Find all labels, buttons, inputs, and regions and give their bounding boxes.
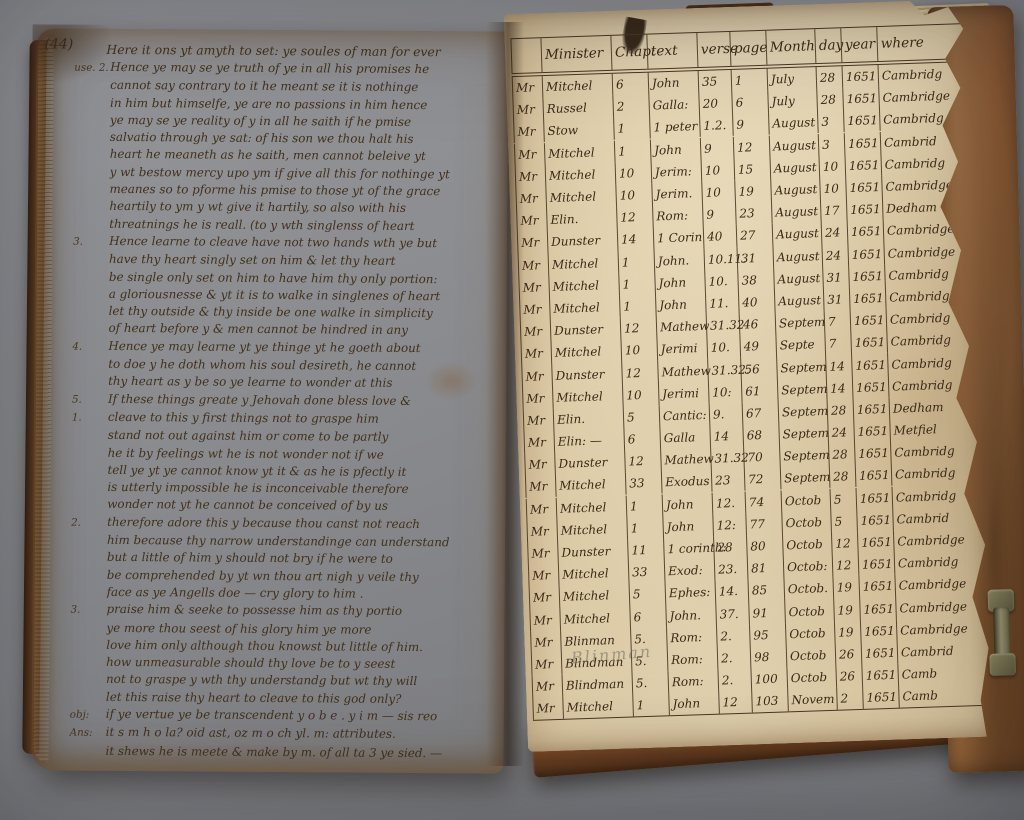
margin-note <box>70 636 106 654</box>
margin-note <box>71 496 107 514</box>
sermon-line-text: it shews he is meete & make by m. of all… <box>105 742 493 762</box>
cell: 81 <box>747 557 784 580</box>
cell: Rom: <box>666 625 717 649</box>
cell: Mitchel <box>545 163 616 187</box>
cell: 10 <box>620 339 657 362</box>
cell: 19 <box>734 180 771 203</box>
cell: John <box>654 271 705 295</box>
cell: 1651 <box>861 664 898 687</box>
cell: 1651 <box>850 309 887 332</box>
cell: 31.32 <box>706 314 740 337</box>
cell: Jerim: <box>651 160 702 184</box>
cell: Octob: <box>783 555 833 579</box>
sermon-text: Here it ons yt amyth to set: ye soules o… <box>69 41 498 768</box>
cell: Elin. <box>553 406 624 430</box>
cell: Ephes: <box>665 581 716 605</box>
cell: John <box>648 71 699 95</box>
cell: Russel <box>542 96 613 120</box>
margin-note <box>73 198 109 216</box>
cell: 1651 <box>842 65 879 88</box>
margin-note <box>74 94 110 112</box>
cell: 10 <box>622 383 659 406</box>
cell: Rom: <box>667 648 718 672</box>
cell: 31.32. <box>707 358 741 381</box>
cell: July <box>767 89 817 113</box>
cell: 24 <box>821 244 848 267</box>
cell: August <box>773 267 823 291</box>
cell: 10 <box>615 184 652 207</box>
cell: 28 <box>827 399 854 422</box>
cell: 5 <box>830 488 857 511</box>
cell: August <box>774 289 824 313</box>
cell: 23 <box>711 469 745 492</box>
cell: 12 <box>718 691 752 714</box>
cell: Septem <box>780 466 830 490</box>
cell: 1 <box>731 69 768 92</box>
cell: Jerim. <box>651 182 702 206</box>
cell: 11 <box>627 538 664 561</box>
cell: Elin: — <box>553 429 624 453</box>
margin-note: 3. <box>73 233 109 252</box>
cell: John. <box>665 603 716 627</box>
margin-note <box>71 479 107 497</box>
column-header: Chap: <box>610 35 647 70</box>
cell: 26 <box>835 643 862 666</box>
cell: 1 <box>613 117 650 140</box>
margin-note <box>73 285 109 303</box>
margin-note <box>73 251 109 269</box>
cell: Mathew <box>656 315 707 339</box>
cell: Mitchel <box>555 473 626 497</box>
margin-note <box>74 146 110 164</box>
cell: 40 <box>703 225 737 248</box>
cell: 100 <box>750 667 787 690</box>
cell: Cambridg <box>894 550 991 575</box>
cell: 14 <box>617 228 654 251</box>
cell: 1651 <box>856 509 893 532</box>
cell: 28 <box>816 88 843 111</box>
cell: Mitchel <box>545 185 616 209</box>
cell: Elin. <box>546 207 617 231</box>
cell: 1651 <box>846 198 883 221</box>
cell: 1 corinth: <box>663 537 714 561</box>
cell: 95 <box>749 623 786 646</box>
cell: Mr <box>522 387 553 410</box>
margin-note <box>72 356 108 374</box>
cell: Mr <box>529 608 560 631</box>
margin-note <box>71 532 107 550</box>
cell: 1651 <box>861 642 898 665</box>
cell: 80 <box>746 534 783 557</box>
cell: 5. <box>632 671 669 694</box>
cell: Septem <box>778 422 828 446</box>
cell: 1 <box>618 250 655 273</box>
cell: Octob <box>784 599 834 623</box>
cell: Septem <box>779 444 829 468</box>
cell: 20 <box>698 92 732 115</box>
cell: 49 <box>739 335 776 358</box>
cell: 1651 <box>857 531 894 554</box>
sermon-lines: use. 2.Hence ye may se ye truth of ye in… <box>69 59 498 763</box>
cell: 33 <box>628 561 665 584</box>
cell: Exod: <box>664 559 715 583</box>
cell: Cantic: <box>659 404 710 428</box>
cell: 38 <box>737 268 774 291</box>
cell: August <box>771 200 821 224</box>
stacked-page-edges <box>33 36 53 762</box>
cell: 1 <box>626 516 663 539</box>
cell: Mr <box>531 653 562 676</box>
cell: 1651 <box>853 420 890 443</box>
cell: 10 <box>615 161 652 184</box>
cell: 1651 <box>858 553 895 576</box>
cell: Mitchel <box>548 273 619 297</box>
cell: Exodus <box>661 470 712 494</box>
cell: 1651 <box>851 353 888 376</box>
column-header: year <box>840 27 877 62</box>
cell: August <box>772 222 822 246</box>
column-header: Minister <box>540 36 611 72</box>
cell: 12 <box>832 554 859 577</box>
margin-note <box>72 427 108 445</box>
cell: 6 <box>623 428 660 451</box>
cell: Octob <box>785 621 835 645</box>
cell: 74 <box>745 490 782 513</box>
margin-note <box>72 444 108 462</box>
cell: Mr <box>521 342 552 365</box>
cell: 12 <box>620 317 657 340</box>
cell: 3 <box>817 111 844 134</box>
cell: 1 <box>619 294 656 317</box>
cell: Mr <box>526 520 557 543</box>
cell: 10. <box>706 336 740 359</box>
cell: John <box>655 293 706 317</box>
cell: 24 <box>827 421 854 444</box>
cell: 1651 <box>855 464 892 487</box>
margin-note: Ans: <box>70 724 106 743</box>
cell: 2. <box>716 624 750 647</box>
cell: 10. <box>704 269 738 292</box>
cell: 1651 <box>844 132 881 155</box>
cell: 40 <box>738 291 775 314</box>
cell: 7 <box>824 310 851 333</box>
cell: 15 <box>734 157 771 180</box>
cell: Mitchel <box>544 140 615 164</box>
photograph-of-open-manuscript-book: (44) Here it ons yt amyth to set: ye sou… <box>0 0 1024 820</box>
clasp-icon <box>986 589 1018 678</box>
cell: 7 <box>824 332 851 355</box>
margin-note: obj: <box>70 706 106 725</box>
cell: Rom: <box>667 670 718 694</box>
cell: 12 <box>831 532 858 555</box>
right-page: MinisterChap:textversepageMonthdayyearwh… <box>504 0 1006 752</box>
cell: John <box>650 138 701 162</box>
margin-note <box>74 129 110 147</box>
cell: 31.32 <box>710 447 744 470</box>
cell: 11. <box>705 292 739 315</box>
cell: Septem <box>776 355 826 379</box>
margin-note <box>73 268 109 286</box>
cell: Dunster <box>547 229 618 253</box>
cell: 1 <box>618 272 655 295</box>
cell: Rom: <box>652 204 703 228</box>
cell: Mitchel <box>556 495 627 519</box>
cell: 24 <box>821 221 848 244</box>
cell: 1651 <box>849 287 886 310</box>
margin-note <box>74 163 110 181</box>
cell: 1651 <box>842 87 879 110</box>
cell: Octob <box>781 488 831 512</box>
cell: 33 <box>625 472 662 495</box>
cell: Mathew <box>660 448 711 472</box>
cell: 9 <box>732 113 769 136</box>
cell: 1651 <box>848 265 885 288</box>
cell: Cambridge <box>896 616 993 641</box>
cell: 28 <box>828 443 855 466</box>
cell: Mr <box>520 320 551 343</box>
record-table: MinisterChap:textversepageMonthdayyearwh… <box>510 23 994 721</box>
cell: 12 <box>616 206 653 229</box>
cell: August <box>772 245 822 269</box>
cell: 1651 <box>858 575 895 598</box>
cell: John <box>662 492 713 516</box>
cell: 56 <box>740 357 777 380</box>
cell: 6 <box>731 91 768 114</box>
cell: 46 <box>739 313 776 336</box>
cell: 12: <box>712 513 746 536</box>
cell: Galla <box>659 426 710 450</box>
cell: 1651 <box>843 109 880 132</box>
page-number: (44) <box>44 36 73 52</box>
margin-note <box>71 566 107 584</box>
cell: Octob <box>786 644 836 668</box>
cell: Dunster <box>550 318 621 342</box>
cell: 1651 <box>862 686 899 709</box>
cell: 85 <box>747 579 784 602</box>
cell: 68 <box>742 424 779 447</box>
cell: 1651 <box>853 398 890 421</box>
cell: Novem <box>787 688 837 712</box>
cell: 91 <box>748 601 785 624</box>
margin-note <box>71 461 107 479</box>
cell: 72 <box>744 468 781 491</box>
cell: 31 <box>823 288 850 311</box>
cell: 12 <box>624 450 661 473</box>
cell: Mr <box>530 631 561 654</box>
cell: Mr <box>523 409 554 432</box>
cell: 1 <box>626 494 663 517</box>
cell: 19 <box>833 598 860 621</box>
cell: 9 <box>700 136 734 159</box>
cell: Mr <box>532 675 563 698</box>
margin-note <box>70 688 106 706</box>
cell: Septem <box>777 378 827 402</box>
cell: 67 <box>742 401 779 424</box>
cell: Mathew <box>657 359 708 383</box>
column-header: text <box>646 33 697 69</box>
cell: 17 <box>820 199 847 222</box>
cell: Mitchel <box>551 340 622 364</box>
cell: 12 <box>733 135 770 158</box>
cell: Mr <box>523 431 554 454</box>
cell: Mitchel <box>559 606 630 630</box>
cell: Mr <box>527 542 558 565</box>
cell: Mitchel <box>552 384 623 408</box>
cell: Mitchel <box>556 517 627 541</box>
cell: 6 <box>612 73 649 96</box>
cell: 1 <box>614 139 651 162</box>
cell: 9 <box>702 203 736 226</box>
cell: Septem <box>775 311 825 335</box>
cell: 12 <box>621 361 658 384</box>
cell: 23. <box>714 558 748 581</box>
cell: Jerimi <box>658 382 709 406</box>
margin-note <box>70 619 106 637</box>
cell: August <box>769 134 819 158</box>
cell: 26 <box>835 665 862 688</box>
cell: Dunster <box>557 540 628 564</box>
cell: 19 <box>832 576 859 599</box>
cell: 5 <box>830 510 857 533</box>
cell: 1651 <box>847 220 884 243</box>
margin-note <box>72 320 108 338</box>
cell: 1651 <box>855 486 892 509</box>
cell: 37. <box>715 602 749 625</box>
cell: 1651 <box>847 242 884 265</box>
cell: Mitchel <box>558 562 629 586</box>
margin-note <box>73 181 109 199</box>
cell: 19 <box>834 621 861 644</box>
cell: Cambrid <box>897 639 994 664</box>
cell: John <box>662 515 713 539</box>
cell: 10: <box>708 380 742 403</box>
cell: 10 <box>818 155 845 178</box>
cell: Dunster <box>554 451 625 475</box>
cell: 1 <box>632 694 669 717</box>
cell: 35 <box>698 70 732 93</box>
cell: 1651 <box>844 154 881 177</box>
cell: Camb <box>898 683 995 708</box>
cell: John. <box>654 248 705 272</box>
cell: 31 <box>736 246 773 269</box>
cell: Mr <box>521 364 552 387</box>
margin-note: 2. <box>71 513 107 532</box>
cell: 9. <box>709 403 743 426</box>
cell: Stow <box>543 118 614 142</box>
cell: Mr <box>525 475 556 498</box>
cell: July <box>767 67 817 91</box>
cell: 14 <box>709 425 743 448</box>
book-gutter-shadow <box>486 22 524 766</box>
cell: 28 <box>713 536 747 559</box>
cell: 1651 <box>845 176 882 199</box>
column-header: verse <box>696 32 730 67</box>
cell: 6 <box>629 605 666 628</box>
cell: 2 <box>612 95 649 118</box>
cell: August <box>770 156 820 180</box>
margin-note <box>69 742 105 760</box>
margin-note <box>70 654 106 672</box>
margin-note <box>70 671 106 689</box>
cell: 1651 <box>854 442 891 465</box>
margin-note <box>74 112 110 130</box>
cell: 10 <box>701 159 735 182</box>
table-body: MrMitchel6John351July281651CambridgMrRus… <box>512 62 995 721</box>
cell: August <box>770 178 820 202</box>
cell: 10 <box>819 177 846 200</box>
cell: 28 <box>829 465 856 488</box>
cell: Mitchel <box>562 695 633 719</box>
cell: Septe <box>775 333 825 357</box>
cell: Septem <box>778 400 828 424</box>
cell: 1651 <box>852 376 889 399</box>
cell: Cambridge <box>893 528 990 553</box>
cell: 31 <box>822 266 849 289</box>
column-header: page <box>729 31 766 66</box>
cell: Mitchel <box>549 296 620 320</box>
cell: 27 <box>736 224 773 247</box>
cell: 14. <box>715 580 749 603</box>
cell: Octob <box>786 666 836 690</box>
cell: Mitchel <box>559 584 630 608</box>
cell: 1 Corin <box>653 226 704 250</box>
cell: 70 <box>743 446 780 469</box>
margin-note: 1. <box>72 409 108 428</box>
clasp-plate-bottom <box>989 653 1016 676</box>
sermon-line: it shews he is meete & make by m. of all… <box>69 742 493 762</box>
cell: 1 peter <box>649 115 700 139</box>
margin-note <box>71 549 107 567</box>
cell: Mr <box>529 586 560 609</box>
margin-note <box>71 584 107 602</box>
clasp-bar <box>993 607 1010 659</box>
cell: 23 <box>735 202 772 225</box>
margin-note: use. 2. <box>74 59 110 78</box>
cell: Galla: <box>648 93 699 117</box>
margin-note: 5. <box>72 390 108 409</box>
cell: Mr <box>528 564 559 587</box>
cell: 5 <box>629 583 666 606</box>
cell: Mr <box>526 498 557 521</box>
cell: August <box>768 111 818 135</box>
margin-note: 4. <box>72 337 108 356</box>
cell: Mitchel <box>542 74 613 98</box>
cell: 10 <box>701 181 735 204</box>
cell: 2. <box>717 669 751 692</box>
cell: 1651 <box>850 331 887 354</box>
cell: Octob <box>781 511 831 535</box>
column-header: Month <box>765 29 815 65</box>
cell: Dunster <box>551 362 622 386</box>
cell: 1.2. <box>699 114 733 137</box>
cell: 1651 <box>859 597 896 620</box>
cell: 2 <box>836 687 863 710</box>
cell: 3 <box>818 133 845 156</box>
cell: 28 <box>816 66 843 89</box>
cell: 10.11. <box>703 247 737 270</box>
cell: 98 <box>750 645 787 668</box>
margin-note <box>73 215 109 233</box>
cell: Mr <box>532 697 563 720</box>
cell: 12. <box>712 491 746 514</box>
cell: 103 <box>751 690 788 713</box>
margin-note <box>73 303 109 321</box>
cell: Blindman <box>562 673 633 697</box>
margin-note: 3. <box>70 601 106 620</box>
cell: John <box>668 692 719 716</box>
cell: Mr <box>524 453 555 476</box>
cell: Octob <box>782 533 832 557</box>
